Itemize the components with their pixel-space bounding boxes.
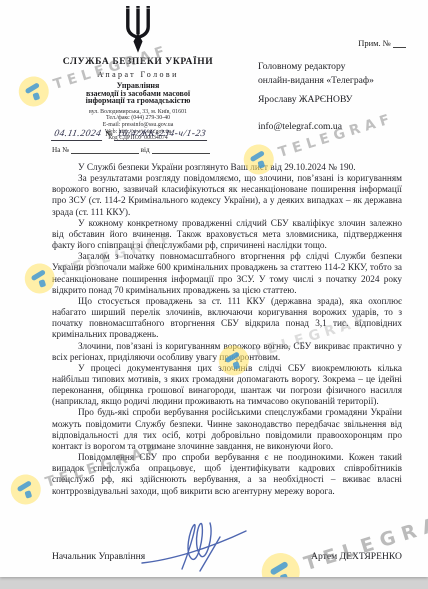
- telegraf-logo-icon: [7, 471, 44, 508]
- incoming-ref-line: На № від: [52, 146, 232, 154]
- recipient-name: Ярославу ЖАРЄНОВУ: [258, 93, 418, 107]
- org-phone: Тел./факс (044) 279-30-40: [38, 115, 238, 122]
- copy-number-blank: [393, 40, 406, 48]
- incoming-date-blank: [152, 146, 210, 154]
- copy-number-line: Прим. №: [358, 38, 406, 48]
- number-sign-label: №: [105, 129, 113, 138]
- sender-letterhead: СЛУЖБА БЕЗПЕКИ УКРАЇНИ Апарат Голови Упр…: [38, 6, 238, 142]
- org-name: СЛУЖБА БЕЗПЕКИ УКРАЇНИ: [38, 57, 238, 67]
- body-paragraph: У процесі документування цих злочинів сл…: [52, 364, 402, 409]
- recipient-block: Головному редактору онлайн-видання «Теле…: [258, 60, 418, 133]
- body-paragraph: У Службі безпеки України розглянуто Ваш …: [52, 163, 402, 174]
- copy-number-label: Прим. №: [358, 38, 391, 48]
- telegraf-watermark-text: TELEGRAF: [301, 506, 428, 575]
- body-paragraph: У кожному конкретному провадженні слідчи…: [52, 219, 402, 252]
- handwritten-signature: [140, 513, 250, 575]
- outgoing-number-handwritten: 10/4/ЖК-234-ч/1-23: [114, 129, 209, 141]
- outgoing-date-handwritten: 04.11.2024: [51, 129, 104, 141]
- body-paragraph: За результатами розгляду повідомляємо, щ…: [52, 174, 402, 219]
- signer-name: Артем ДЕХТЯРЕНКО: [311, 551, 402, 562]
- body-paragraph: Що стосується проваджень за ст. 111 ККУ …: [52, 297, 402, 342]
- body-paragraph: Повідомлення СБУ про спроби вербування є…: [52, 453, 402, 498]
- body-paragraph: Злочини, пов’язані із коригуванням ворож…: [52, 342, 402, 364]
- incoming-ref-label: На №: [52, 146, 69, 154]
- incoming-date-label: від: [141, 146, 150, 154]
- body-paragraph: Про будь-які спроби вербування російськи…: [52, 408, 402, 453]
- recipient-title-line1: Головному редактору: [258, 60, 418, 74]
- scanned-letter: { "watermark": { "text": "TELEGRAF" }, "…: [0, 0, 428, 589]
- recipient-email: info@telegraf.com.ua: [258, 120, 418, 134]
- body-paragraph: Загалом з початку повномасштабного вторг…: [52, 252, 402, 297]
- signer-position: Начальник Управління: [52, 551, 145, 562]
- recipient-title-line2: онлайн-видання «Телеграф»: [258, 74, 418, 88]
- org-unit-line3: інформації та громадськістю: [38, 97, 238, 105]
- telegraf-watermark: TELEGRAF: [257, 498, 428, 577]
- incoming-ref-blank: [71, 146, 139, 154]
- letter-page: СЛУЖБА БЕЗПЕКИ УКРАЇНИ Апарат Голови Упр…: [0, 0, 428, 577]
- telegraf-logo-icon: [257, 548, 304, 577]
- letter-body: У Службі безпеки України розглянуто Ваш …: [52, 163, 402, 498]
- org-department: Апарат Голови: [38, 70, 238, 79]
- ukraine-trident-emblem-icon: [121, 6, 155, 54]
- outgoing-ref-line: 04.11.2024 № 10/4/ЖК-234-ч/1-23: [52, 128, 212, 141]
